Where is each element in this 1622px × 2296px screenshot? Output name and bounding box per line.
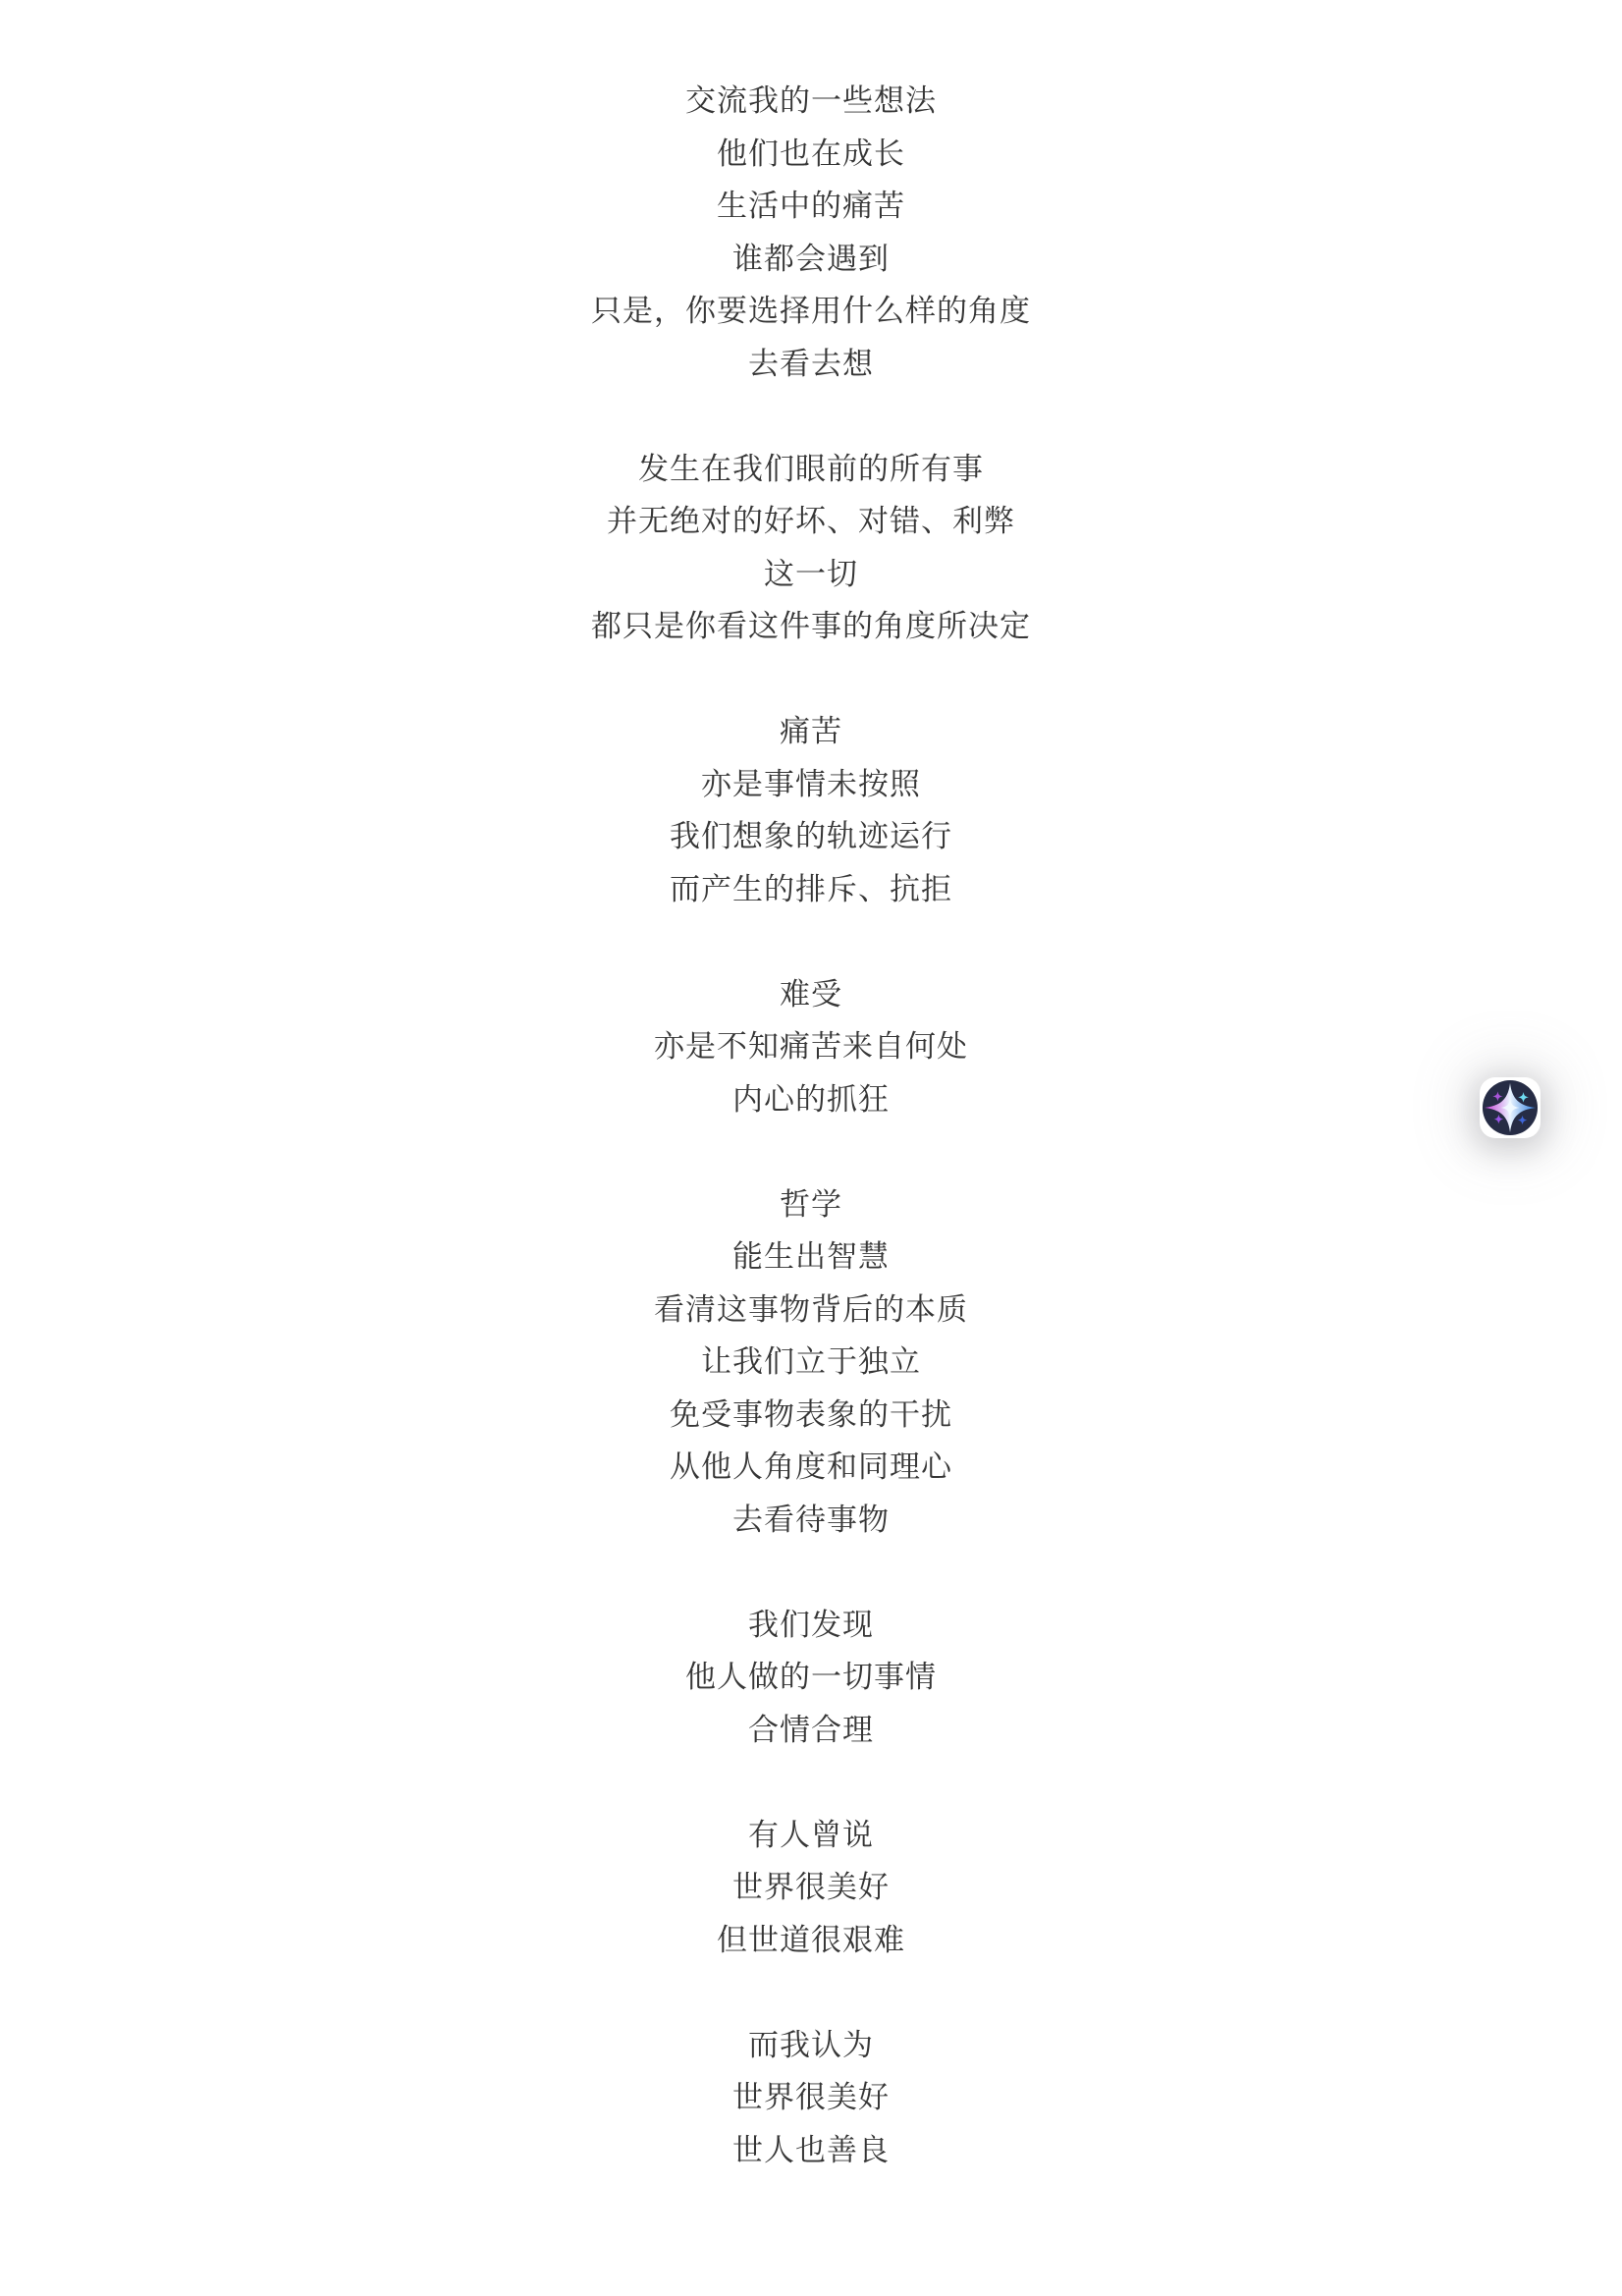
- poem-line: 能生出智慧: [0, 1230, 1622, 1284]
- poem-line: 生活中的痛苦: [0, 180, 1622, 233]
- poem-line: 世人也善良: [0, 2124, 1622, 2177]
- poem-line: 但世道很艰难: [0, 1914, 1622, 1967]
- poem-section: 我们发现他人做的一切事情合情合理: [0, 1599, 1622, 1757]
- poem-line: 谁都会遇到: [0, 233, 1622, 286]
- poem-line: 都只是你看这件事的角度所决定: [0, 600, 1622, 653]
- poem-line: 从他人角度和同理心: [0, 1441, 1622, 1494]
- poem-line: 让我们立于独立: [0, 1336, 1622, 1389]
- poem-line: 并无绝对的好坏、对错、利弊: [0, 495, 1622, 548]
- poem-line: 我们想象的轨迹运行: [0, 810, 1622, 863]
- poem-line: 发生在我们眼前的所有事: [0, 443, 1622, 496]
- poem-line: 我们发现: [0, 1599, 1622, 1652]
- poem-line: 他们也在成长: [0, 128, 1622, 181]
- poem-line: 内心的抓狂: [0, 1073, 1622, 1126]
- poem-line: 他人做的一切事情: [0, 1651, 1622, 1704]
- poem-line: 世界很美好: [0, 1861, 1622, 1914]
- poem-line: 难受: [0, 968, 1622, 1021]
- poem-line: 亦是不知痛苦来自何处: [0, 1020, 1622, 1073]
- poem-text: 交流我的一些想法他们也在成长生活中的痛苦谁都会遇到只是，你要选择用什么样的角度去…: [0, 0, 1622, 2176]
- poem-line: 而产生的排斥、抗拒: [0, 863, 1622, 916]
- poem-line: 而我认为: [0, 2019, 1622, 2072]
- poem-line: 去看待事物: [0, 1494, 1622, 1547]
- poem-line: 世界很美好: [0, 2071, 1622, 2124]
- poem-section: 难受亦是不知痛苦来自何处内心的抓狂: [0, 968, 1622, 1126]
- poem-line: 哲学: [0, 1178, 1622, 1231]
- poem-line: 合情合理: [0, 1704, 1622, 1757]
- poem-line: 只是，你要选择用什么样的角度: [0, 285, 1622, 338]
- document-page: 交流我的一些想法他们也在成长生活中的痛苦谁都会遇到只是，你要选择用什么样的角度去…: [0, 0, 1622, 2296]
- ai-assistant-button[interactable]: [1480, 1077, 1541, 1138]
- poem-line: 有人曾说: [0, 1809, 1622, 1862]
- poem-section: 哲学能生出智慧看清这事物背后的本质让我们立于独立免受事物表象的干扰从他人角度和同…: [0, 1178, 1622, 1547]
- poem-line: 看清这事物背后的本质: [0, 1284, 1622, 1337]
- poem-line: 免受事物表象的干扰: [0, 1389, 1622, 1442]
- sparkle-star-icon: [1482, 1079, 1539, 1136]
- poem-line: 交流我的一些想法: [0, 75, 1622, 128]
- poem-line: 去看去想: [0, 338, 1622, 391]
- poem-line: 亦是事情未按照: [0, 758, 1622, 811]
- poem-section: 而我认为世界很美好世人也善良: [0, 2019, 1622, 2177]
- poem-section: 有人曾说世界很美好但世道很艰难: [0, 1809, 1622, 1967]
- poem-line: 痛苦: [0, 705, 1622, 758]
- poem-section: 交流我的一些想法他们也在成长生活中的痛苦谁都会遇到只是，你要选择用什么样的角度去…: [0, 75, 1622, 390]
- poem-line: 这一切: [0, 548, 1622, 601]
- poem-section: 发生在我们眼前的所有事并无绝对的好坏、对错、利弊这一切都只是你看这件事的角度所决…: [0, 443, 1622, 653]
- poem-section: 痛苦亦是事情未按照我们想象的轨迹运行而产生的排斥、抗拒: [0, 705, 1622, 915]
